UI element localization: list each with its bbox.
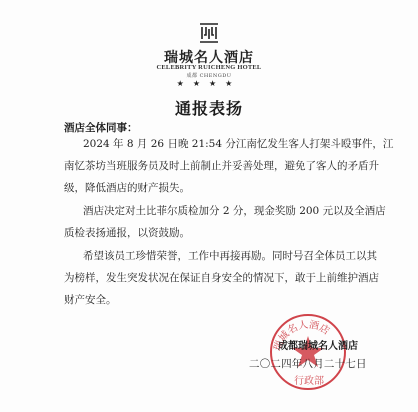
document-title: 通报表扬 <box>0 96 418 119</box>
paragraph-incident: 2024 年 8 月 26 日晚 21:54 分江南忆发生客人打架斗殴事件，江 … <box>64 133 364 199</box>
paragraph-line: 为榜样，发生突发状况在保证自身安全的情况下，敢于上前维护酒店 <box>64 267 364 289</box>
paragraph-line: 酒店决定对土比菲尔质检加分 2 分，现金奖励 200 元以及全酒店 <box>64 200 364 222</box>
paragraph-line: 南忆茶坊当班服务员及时上前制止并妥善处理，避免了客人的矛盾升 <box>64 155 364 177</box>
paragraph-call-to-action: 希望该员工珍惜荣誉，工作中再接再励。同时号召全体员工以其 为榜样，发生突发状况在… <box>64 245 364 311</box>
hotel-name-en: CELEBRITY RUICHENG HOTEL <box>0 64 418 71</box>
paragraph-reward: 酒店决定对土比菲尔质检加分 2 分，现金奖励 200 元以及全酒店 质检表扬通报… <box>64 200 364 244</box>
paragraph-line: 2024 年 8 月 26 日晚 21:54 分江南忆发生客人打架斗殴事件，江 <box>64 133 364 155</box>
paragraph-line: 希望该员工珍惜荣誉，工作中再接再励。同时号召全体员工以其 <box>64 245 364 267</box>
signature-issuer: 成都瑞城名人酒店 <box>278 337 358 352</box>
paragraph-line: 级，降低酒店的财产损失。 <box>64 177 364 199</box>
issue-date: 二〇二四年八月二十七日 <box>249 356 367 371</box>
official-seal-stamp: 瑞城名人酒店 行政部 <box>268 312 348 392</box>
paragraph-line: 质检表扬通报，以资鼓励。 <box>64 222 364 244</box>
star-rating: ★★★★ <box>0 79 418 88</box>
hotel-city: 成都 CHENGDU <box>0 72 418 79</box>
paragraph-line: 财产安全。 <box>64 289 364 311</box>
hotel-logo-icon <box>198 22 220 44</box>
seal-text-bottom: 行政部 <box>294 374 324 387</box>
